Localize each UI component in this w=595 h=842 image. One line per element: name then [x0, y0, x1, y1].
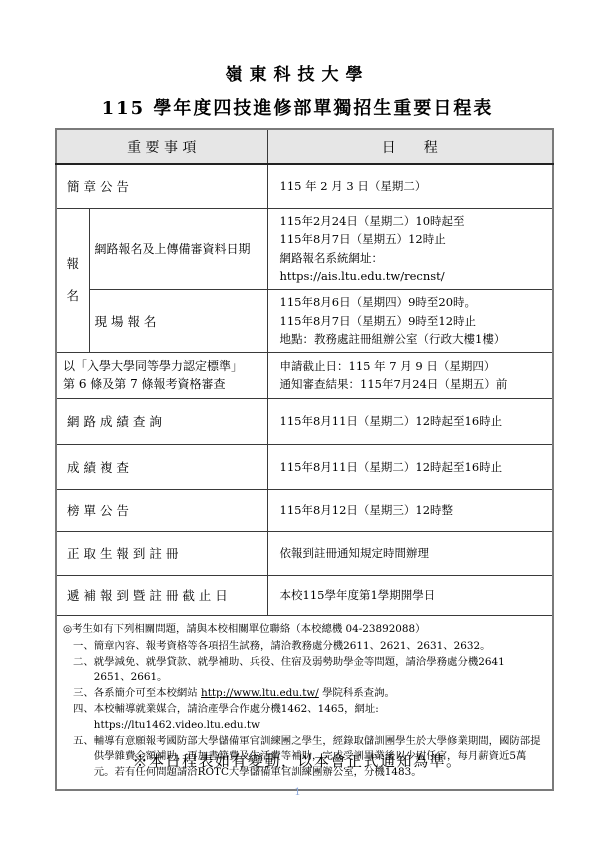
column-header-item: 重 要 事 項 [56, 129, 267, 164]
schedule-line: 依報到註冊通知規定時間辦理 [280, 544, 549, 563]
group-cell-registration: 報名 [56, 208, 89, 352]
schedule-line: 通知審查結果：115年7月24日（星期五）前 [280, 375, 549, 394]
schedule-line: 115年8月7日（星期五）12時止 [280, 230, 549, 249]
row-label: 遞 補 報 到 暨 註 冊 截 止 日 [56, 575, 267, 615]
row-schedule: 115 年 2 月 3 日（星期二） [267, 164, 553, 208]
schedule-line: 115年8月12日（星期三）12時整 [280, 501, 549, 520]
table-row: 簡 章 公 告 115 年 2 月 3 日（星期二） [56, 164, 553, 208]
row-schedule: 115年8月11日（星期二）12時起至16時止 [267, 444, 553, 489]
footer-disclaimer: ※本日程表如有變動，以本會正式通知為準。 [0, 750, 595, 771]
table-row: 現 場 報 名 115年8月6日（星期四）9時至20時。 115年8月7日（星期… [56, 290, 553, 353]
note-item: 四、 本校輔導就業媒合，請洽產學合作處分機1462、1465，網址: https… [73, 702, 544, 734]
schedule-line: 網路報名系統網址：https://ais.ltu.edu.tw/recnst/ [280, 249, 549, 286]
note-item: 一、 簡章內容、報考資格等各項招生試務，請洽教務處分機2611、2621、263… [73, 639, 544, 655]
note-text: 各系簡介可至本校網站 http://www.ltu.edu.tw/ 學院科系查詢… [94, 686, 544, 702]
page-number: 1 [0, 787, 595, 798]
table-row: 報名 網路報名及上傳備審資料日期 115年2月24日（星期二）10時起至 115… [56, 208, 553, 290]
schedule-table: 重 要 事 項 日 程 簡 章 公 告 115 年 2 月 3 日（星期二） 報… [55, 128, 554, 791]
row-label: 正 取 生 報 到 註 冊 [56, 531, 267, 575]
schedule-line: 地點：教務處註冊組辦公室（行政大樓1樓） [280, 330, 549, 349]
label-line: 以「入學大學同等學力認定標準」 [63, 357, 267, 376]
notes-intro: ◎考生如有下列相關問題，請與本校相關單位聯絡（本校總機 04-23892088） [63, 622, 544, 638]
row-schedule: 申請截止日：115 年 7 月 9 日（星期四） 通知審查結果：115年7月24… [267, 352, 553, 398]
note-number: 一、 [73, 639, 94, 655]
row-schedule: 依報到註冊通知規定時間辦理 [267, 531, 553, 575]
row-schedule: 本校115學年度第1學期開學日 [267, 575, 553, 615]
note-item: 三、 各系簡介可至本校網站 http://www.ltu.edu.tw/ 學院科… [73, 686, 544, 702]
row-schedule: 115年8月11日（星期二）12時起至16時止 [267, 398, 553, 444]
document-page: 嶺東科技大學 115 學年度四技進修部單獨招生重要日程表 重 要 事 項 日 程… [0, 0, 595, 842]
note-text: 本校輔導就業媒合，請洽產學合作處分機1462、1465，網址: https://… [94, 702, 544, 734]
row-label: 網 路 成 績 查 詢 [56, 398, 267, 444]
page-title: 嶺東科技大學 [0, 60, 595, 85]
row-label: 榜 單 公 告 [56, 489, 267, 531]
row-label: 簡 章 公 告 [56, 164, 267, 208]
table-row: 網 路 成 績 查 詢 115年8月11日（星期二）12時起至16時止 [56, 398, 553, 444]
row-schedule: 115年8月12日（星期三）12時整 [267, 489, 553, 531]
note-number: 四、 [73, 702, 94, 734]
schedule-line: 本校115學年度第1學期開學日 [280, 586, 549, 605]
schedule-line: 申請截止日：115 年 7 月 9 日（星期四） [280, 357, 549, 376]
row-label: 網路報名及上傳備審資料日期 [89, 208, 267, 290]
note-text-after: 學院科系查詢。 [319, 687, 395, 699]
row-label: 成 績 複 查 [56, 444, 267, 489]
note-item: 二、 就學減免、就學貸款、就學補助、兵役、住宿及弱勢助學金等問題，請洽學務處分機… [73, 655, 544, 687]
label-line: 第 6 條及第 7 條報考資格審查 [63, 375, 267, 394]
schedule-line: 115年8月11日（星期二）12時起至16時止 [280, 412, 549, 431]
note-text-before: 各系簡介可至本校網站 [94, 687, 201, 699]
table-row: 榜 單 公 告 115年8月12日（星期三）12時整 [56, 489, 553, 531]
schedule-line: 115年8月11日（星期二）12時起至16時止 [280, 458, 549, 477]
table-row: 正 取 生 報 到 註 冊 依報到註冊通知規定時間辦理 [56, 531, 553, 575]
table-row: 以「入學大學同等學力認定標準」 第 6 條及第 7 條報考資格審查 申請截止日：… [56, 352, 553, 398]
schedule-line: 115年8月6日（星期四）9時至20時。 [280, 293, 549, 312]
note-number: 二、 [73, 655, 94, 687]
row-label: 現 場 報 名 [89, 290, 267, 353]
schedule-line: 115 年 2 月 3 日（星期二） [280, 177, 549, 196]
note-number: 三、 [73, 686, 94, 702]
schedule-line: 115年2月24日（星期二）10時起至 [280, 212, 549, 231]
row-schedule: 115年2月24日（星期二）10時起至 115年8月7日（星期五）12時止 網路… [267, 208, 553, 290]
row-schedule: 115年8月6日（星期四）9時至20時。 115年8月7日（星期五）9時至12時… [267, 290, 553, 353]
table-row: 遞 補 報 到 暨 註 冊 截 止 日 本校115學年度第1學期開學日 [56, 575, 553, 615]
column-header-schedule: 日 程 [267, 129, 553, 164]
website-link[interactable]: http://www.ltu.edu.tw/ [201, 687, 319, 699]
note-text: 就學減免、就學貸款、就學補助、兵役、住宿及弱勢助學金等問題，請洽學務處分機264… [94, 655, 544, 687]
page-subtitle: 115 學年度四技進修部單獨招生重要日程表 [0, 94, 595, 120]
table-row: 成 績 複 查 115年8月11日（星期二）12時起至16時止 [56, 444, 553, 489]
group-label: 報名 [67, 248, 80, 313]
row-label: 以「入學大學同等學力認定標準」 第 6 條及第 7 條報考資格審查 [56, 352, 267, 398]
table-header-row: 重 要 事 項 日 程 [56, 129, 553, 164]
schedule-line: 115年8月7日（星期五）9時至12時止 [280, 312, 549, 331]
note-text: 簡章內容、報考資格等各項招生試務，請洽教務處分機2611、2621、2631、2… [94, 639, 544, 655]
